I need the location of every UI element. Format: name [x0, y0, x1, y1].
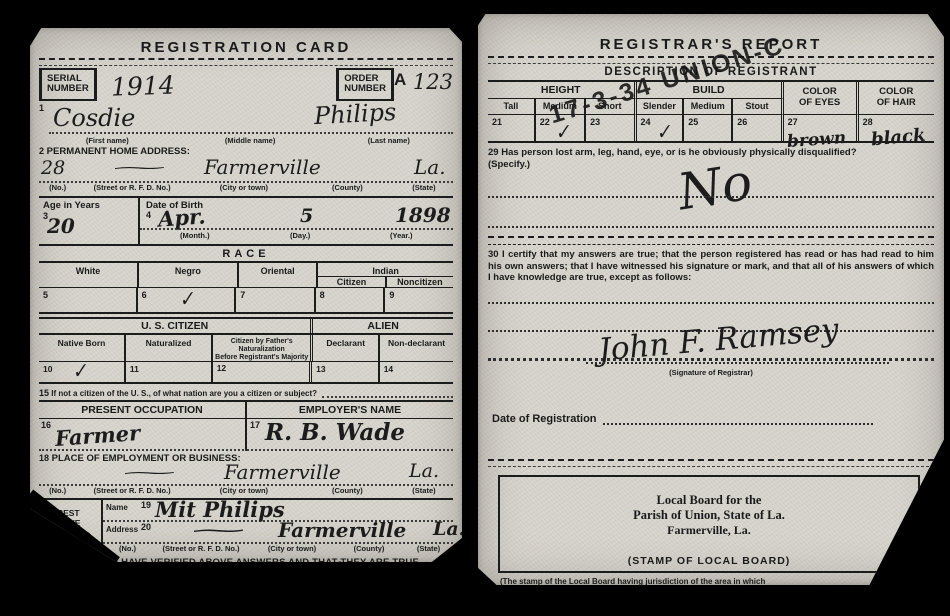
- order-stamp-letter: A: [394, 70, 406, 90]
- employment-city-value: Farmerville: [224, 460, 341, 484]
- last-name-value: Philips: [313, 98, 397, 130]
- citizen-cell-14: 14: [380, 362, 453, 382]
- citizen-label-row: Native Born Naturalized Citizen by Fathe…: [39, 335, 453, 361]
- q19-number: 19: [141, 500, 151, 510]
- label-month: (Month.): [180, 231, 210, 240]
- short-label: Short: [586, 98, 636, 114]
- father-naturalization-line2: Before Registrant's Majority: [213, 354, 310, 362]
- age-value: 20: [47, 214, 75, 238]
- cell-21: 21: [488, 114, 536, 141]
- registrant-signature: Cosdie Philips: [188, 556, 373, 596]
- label-state: (State): [395, 183, 453, 192]
- race-indian-noncitizen-num: 9: [389, 290, 394, 300]
- age-column: Age in Years 3 20: [39, 198, 140, 244]
- occupation-header-row: PRESENT OCCUPATION EMPLOYER'S NAME: [39, 400, 453, 419]
- q2-label: PERMANENT HOME ADDRESS:: [47, 146, 190, 157]
- first-name-value: Cosdie: [53, 104, 135, 132]
- occupation-value-row: 16 Farmer 17 R. B. Wade: [39, 419, 453, 451]
- scanned-registration-card: REGISTRATION CARD SERIAL NUMBER 1914 ORD…: [0, 0, 950, 616]
- address-labels: (No.) (Street or R. F. D. No.) (City or …: [39, 183, 453, 192]
- race-negro-label: Negro: [139, 263, 239, 287]
- slender-num: 24: [641, 117, 651, 127]
- label-no: (No.): [39, 183, 76, 192]
- order-number-digits: 123: [413, 70, 453, 94]
- naturalized-label: Naturalized: [126, 335, 213, 361]
- heavy-divider-1: [488, 236, 934, 245]
- label-city: (City or town): [188, 183, 300, 192]
- native-born-checkmark: ✓: [73, 358, 89, 384]
- registrar-signature-zone: John F. Ramsey (Signature of Registrar): [488, 284, 934, 404]
- relative-ditto-mark: ~: [186, 524, 251, 539]
- native-born-label: Native Born: [39, 335, 126, 361]
- q1-number: 1: [39, 103, 44, 113]
- q30-block: 30 I certify that my answers are true; t…: [488, 249, 934, 284]
- middle-name-label: (Middle name): [176, 136, 325, 145]
- race-cell-5: 5: [39, 288, 138, 312]
- q15-text: If not a citizen of the U. S., of what n…: [51, 389, 317, 398]
- race-cell-7: 7: [236, 288, 315, 312]
- dob-year-value: 1898: [395, 203, 451, 227]
- board-line-1: Local Board for the: [500, 493, 918, 508]
- race-table: White Negro Oriental Indian Citizen Nonc…: [39, 261, 453, 314]
- race-negro-num: 6: [142, 290, 147, 300]
- label-county: (County): [300, 183, 395, 192]
- us-citizen-header: U. S. CITIZEN: [39, 319, 313, 333]
- front-footer: P. M. G. O. m No. 1 (Red) 63—6171 Cosdie…: [39, 570, 453, 604]
- order-number-value: A 123: [394, 68, 453, 101]
- hair-header-line1: COLOR: [859, 86, 934, 97]
- citizen-cell-13: 13: [312, 362, 380, 382]
- race-cell-9: 9: [385, 288, 453, 312]
- relative-city-value: Farmerville: [278, 518, 406, 542]
- order-number-box: ORDER NUMBER: [336, 68, 394, 101]
- height-group-header: HEIGHT: [488, 82, 637, 98]
- q18-number: 18: [39, 453, 49, 463]
- last-name-label: (Last name): [325, 136, 453, 145]
- employment-ditto-mark: ~: [117, 466, 182, 481]
- q15-write-line: [322, 387, 453, 398]
- label-county-3: (County): [334, 544, 404, 553]
- race-white-num: 5: [43, 290, 48, 300]
- employer-cell: 17 R. B. Wade: [247, 419, 453, 451]
- name-write-line: [49, 132, 453, 134]
- label-city-2: (City or town): [188, 486, 300, 495]
- serial-number-value: 1914: [96, 64, 337, 105]
- declarant-num: 13: [316, 364, 325, 374]
- q4-number: 4: [146, 210, 151, 220]
- race-oriental-num: 7: [240, 290, 245, 300]
- tall-num: 21: [492, 117, 502, 127]
- father-naturalization-label: Citizen by Father's Naturalization Befor…: [213, 335, 313, 361]
- name-row: 1 Cosdie Philips: [39, 103, 453, 136]
- registrant-signature-label: (Registrant's signature or mark): [189, 587, 383, 596]
- race-oriental-label: Oriental: [239, 263, 319, 287]
- race-indian-group: Indian Citizen Noncitizen: [318, 263, 453, 287]
- dob-day-value: 5: [300, 205, 313, 227]
- hair-num: 28: [863, 117, 873, 127]
- occupation-cell: 16 Farmer: [39, 419, 247, 451]
- race-indian-citizen-num: 8: [320, 290, 325, 300]
- date-of-registration-row: Date of Registration: [492, 412, 934, 425]
- citizen-cell-10: 10 ✓: [39, 362, 126, 382]
- over-text: (OVER): [420, 586, 452, 596]
- q30-write-line-1: [488, 302, 934, 304]
- serial-number-box: SERIAL NUMBER: [39, 68, 97, 101]
- father-naturalization-line1: Citizen by Father's Naturalization: [213, 338, 310, 354]
- front-title: REGISTRATION CARD: [30, 39, 462, 56]
- registration-card-back: REGISTRAR'S REPORT 17-3-34 UNION-C DESCR…: [478, 14, 944, 585]
- stamp-of-local-board-label: (STAMP OF LOCAL BOARD): [500, 555, 918, 567]
- non-declarant-num: 14: [384, 364, 393, 374]
- medium-label: Medium: [536, 98, 586, 114]
- race-cell-8: 8: [316, 288, 386, 312]
- label-city-3: (City or town): [250, 544, 334, 553]
- front-form-code: 63—6171: [147, 586, 180, 595]
- form-number-text: m No. 1 (Red): [39, 583, 103, 594]
- employment-labels: (No.) (Street or R. F. D. No.) (City or …: [39, 486, 453, 495]
- tall-label: Tall: [488, 98, 536, 114]
- label-street-3: (Street or R. F. D. No.): [152, 544, 250, 553]
- address-state-value: La.: [414, 155, 446, 179]
- q15-row: 15 If not a citizen of the U. S., of wha…: [39, 387, 453, 398]
- pmgo-text: P. M. G. O.: [41, 572, 90, 583]
- serial-order-row: SERIAL NUMBER 1914 ORDER NUMBER A 123: [39, 68, 453, 101]
- label-street: (Street or R. F. D. No.): [76, 183, 188, 192]
- stout-label: Stout: [733, 98, 783, 114]
- eyes-header-line2: OF EYES: [784, 97, 856, 108]
- hair-header-line2: OF HAIR: [859, 97, 934, 108]
- race-cell-6: 6 ✓: [138, 288, 237, 312]
- first-name-label: (First name): [39, 136, 176, 145]
- affirmation-text: I AFFIRM THAT I HAVE VERIFIED ABOVE ANSW…: [42, 557, 453, 568]
- race-number-row: 5 6 ✓ 7 8 9: [39, 287, 453, 312]
- dob-write-line: [140, 228, 453, 230]
- q2-number: 2: [39, 146, 44, 156]
- signature-write-line: [189, 585, 383, 587]
- q29-number: 29: [488, 147, 499, 158]
- nearest-relative-fields: Name 19 Mit Philips Address 20 ~ Farmerv…: [101, 500, 453, 554]
- citizen-header-row: U. S. CITIZEN ALIEN: [39, 317, 453, 333]
- registrant-signature-zone: Cosdie Philips (Registrant's signature o…: [189, 562, 383, 596]
- father-naturalization-num: 12: [217, 363, 226, 373]
- label-year: (Year.): [390, 231, 413, 240]
- citizen-number-row: 10 ✓ 11 12 13 14: [39, 361, 453, 382]
- board-note-line1: (The stamp of the Local Board having jur…: [500, 577, 800, 587]
- eyes-header-line1: COLOR: [784, 86, 856, 97]
- divider: [39, 58, 453, 66]
- non-declarant-label: Non-declarant: [380, 335, 453, 361]
- board-line-3: Farmerville, La.: [500, 523, 918, 538]
- board-note-line2: the registrant has his permanent home sh…: [500, 586, 800, 596]
- slender-checkmark: ✓: [656, 119, 672, 145]
- order-label-2: NUMBER: [344, 84, 386, 94]
- date-write-line: [603, 412, 873, 425]
- race-indian-label: Indian: [318, 266, 453, 276]
- order-number-group: ORDER NUMBER A 123: [336, 68, 453, 101]
- cell-22: 22 ✓: [536, 114, 586, 141]
- race-negro-checkmark: ✓: [179, 286, 195, 312]
- label-county-2: (County): [300, 486, 395, 495]
- registration-card-front: REGISTRATION CARD SERIAL NUMBER 1914 ORD…: [30, 28, 462, 562]
- eyes-num: 27: [788, 117, 798, 127]
- label-day: (Day.): [290, 231, 310, 240]
- registrar-signature-line: [586, 362, 889, 364]
- native-born-num: 10: [43, 364, 52, 374]
- age-label: Age in Years: [43, 200, 138, 211]
- home-address-row: 28 ~ Farmerville La.: [39, 157, 453, 183]
- address-city-value: Farmerville: [204, 155, 321, 179]
- build-group-header: BUILD: [637, 82, 784, 98]
- name-labels: (First name) (Middle name) (Last name): [39, 136, 453, 145]
- hair-group-header: COLOR OF HAIR: [859, 82, 934, 114]
- label-state-2: (State): [395, 486, 453, 495]
- age-dob-row: Age in Years 3 20 Date of Birth 4 Apr. 5…: [39, 196, 453, 246]
- employer-value: R. B. Wade: [265, 419, 405, 446]
- declarant-label: Declarant: [313, 335, 380, 361]
- medium-checkmark: ✓: [555, 119, 571, 145]
- race-white-label: White: [39, 263, 139, 287]
- board-line-2: Parish of Union, State of La.: [500, 508, 918, 523]
- label-street-2: (Street or R. F. D. No.): [76, 486, 188, 495]
- q16-number: 16: [41, 420, 51, 430]
- divider-3: [488, 459, 934, 467]
- employment-state-value: La.: [409, 460, 439, 482]
- q29-answer: No: [674, 153, 756, 222]
- q15-number: 15: [39, 388, 49, 398]
- citizen-table: Native Born Naturalized Citizen by Fathe…: [39, 333, 453, 384]
- citizen-cell-11: 11: [126, 362, 213, 382]
- eyes-group-header: COLOR OF EYES: [784, 82, 859, 114]
- cell-26: 26: [733, 114, 783, 141]
- employment-place-row: ~ Farmerville La.: [39, 464, 453, 486]
- naturalized-num: 11: [130, 364, 139, 374]
- cell-24: 24 ✓: [637, 114, 685, 141]
- employer-name-header: EMPLOYER'S NAME: [247, 402, 453, 418]
- label-state-3: (State): [404, 544, 453, 553]
- build-medium-num: 25: [688, 117, 698, 127]
- occupation-value: Farmer: [54, 420, 141, 451]
- slender-label: Slender: [637, 98, 685, 114]
- q30-number: 30: [488, 249, 499, 260]
- relative-name-label: Name: [106, 503, 128, 512]
- citizen-cell-12: 12: [213, 362, 312, 382]
- q18-label: PLACE OF EMPLOYMENT OR BUSINESS:: [52, 453, 241, 464]
- back-title: REGISTRAR'S REPORT: [478, 36, 944, 53]
- cell-25: 25: [684, 114, 733, 141]
- short-num: 23: [590, 117, 600, 127]
- back-over-text: (O: [892, 581, 904, 591]
- relative-name-value: Mit Philips: [155, 497, 285, 522]
- race-header: RACE: [30, 248, 462, 260]
- build-medium-label: Medium: [684, 98, 733, 114]
- q30-text: I certify that my answers are true; that…: [488, 249, 934, 283]
- race-indian-noncitizen-label: Noncitizen: [385, 277, 453, 287]
- local-board-stamp-box: Local Board for the Parish of Union, Sta…: [498, 475, 920, 573]
- cell-23: 23: [586, 114, 636, 141]
- stout-num: 26: [737, 117, 747, 127]
- address-ditto-mark: ~: [107, 161, 172, 176]
- race-header-row: White Negro Oriental Indian Citizen Nonc…: [39, 263, 453, 287]
- dob-column: Date of Birth 4 Apr. 5 1898 (Month.) (Da…: [140, 198, 453, 244]
- relative-address-label: Address: [106, 525, 138, 534]
- present-occupation-header: PRESENT OCCUPATION: [39, 402, 247, 418]
- medium-num: 22: [540, 117, 550, 127]
- registrar-signature-label: (Signature of Registrar): [488, 368, 934, 377]
- q29-write-line-1: [488, 196, 934, 198]
- q29-text: Has person lost arm, leg, hand, eye, or …: [501, 147, 856, 158]
- relative-state-value: La.: [433, 518, 465, 540]
- q29-answer-zone: No: [488, 170, 934, 234]
- board-note: (The stamp of the Local Board having jur…: [500, 577, 800, 596]
- label-no-2: (No.): [39, 486, 76, 495]
- description-table: HEIGHT BUILD COLOR OF EYES COLOR OF HAIR…: [488, 80, 934, 143]
- relative-address-row: Address 20 ~ Farmerville La.: [103, 522, 453, 544]
- serial-label-2: NUMBER: [47, 84, 89, 94]
- q20-number: 20: [141, 522, 151, 532]
- back-form-code: 63—6171: [830, 585, 847, 604]
- relative-address-labels: (No.) (Street or R. F. D. No.) (City or …: [103, 544, 453, 553]
- race-indian-citizen-label: Citizen: [318, 277, 384, 287]
- address-no-value: 28: [41, 157, 65, 179]
- alien-header: ALIEN: [313, 319, 453, 333]
- q17-number: 17: [250, 420, 260, 430]
- date-label: Date of Registration: [492, 413, 597, 425]
- race-indian-sublabels: Citizen Noncitizen: [318, 276, 453, 287]
- q29-write-line-2: [488, 226, 934, 228]
